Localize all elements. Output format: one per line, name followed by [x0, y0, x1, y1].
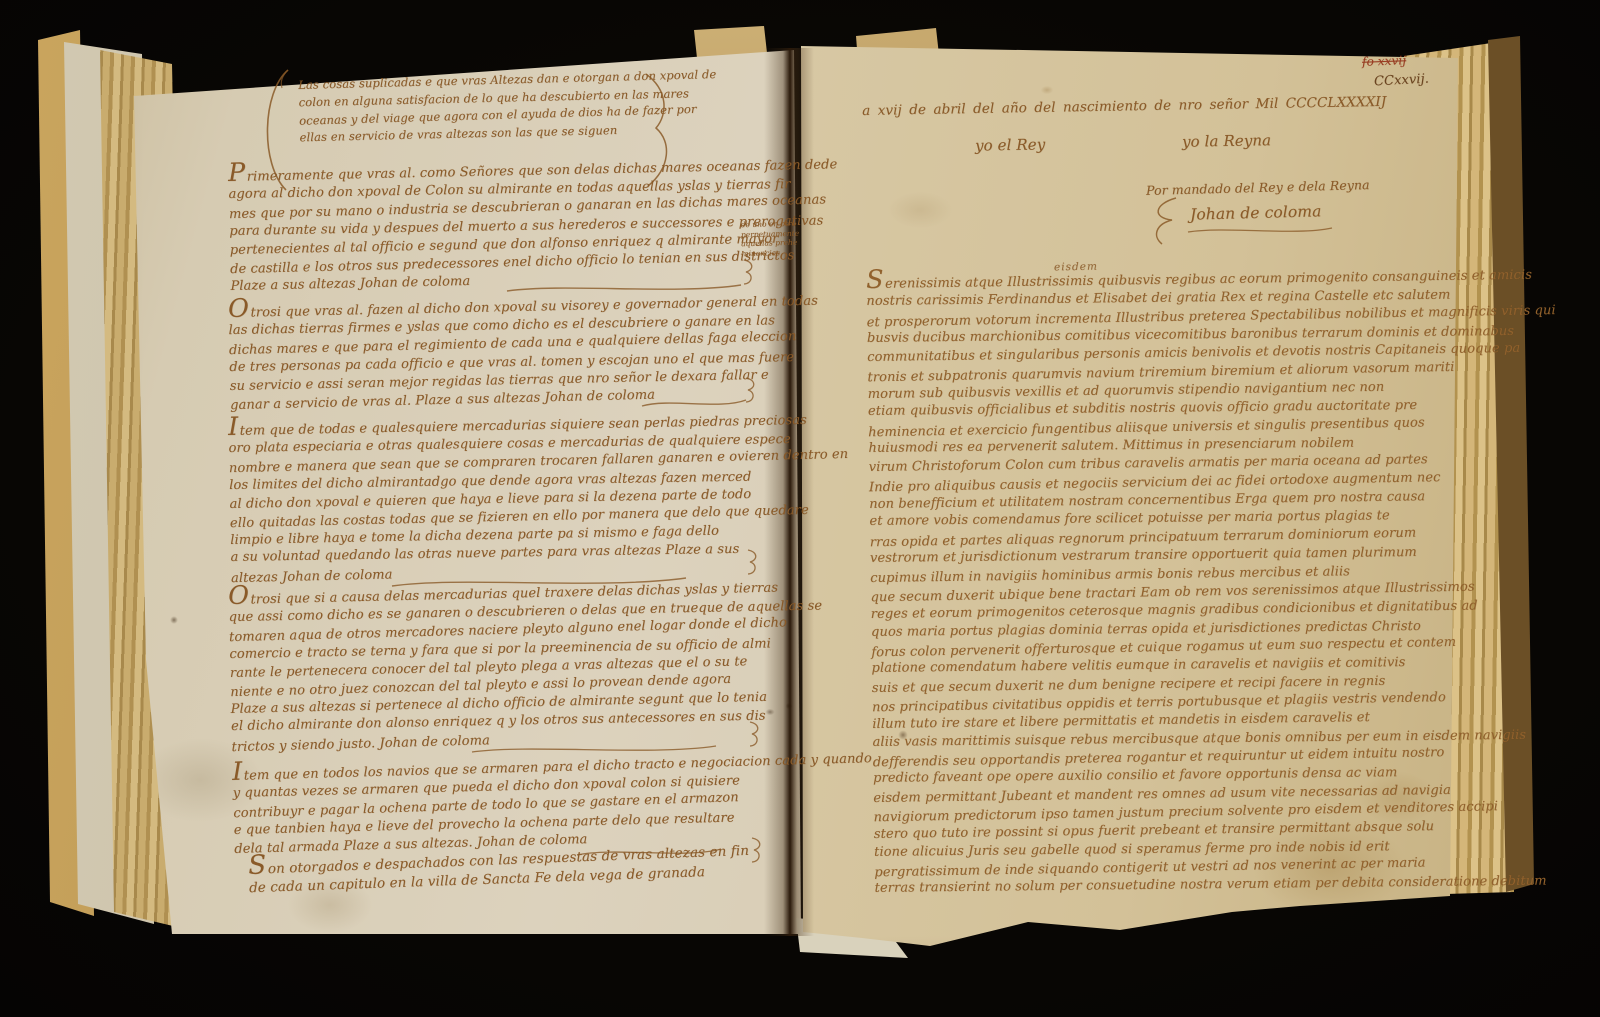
signature-swash: [470, 742, 720, 756]
signature-swash: [505, 281, 745, 295]
signature-swash: [640, 396, 750, 410]
king-signature: yo el Rey: [975, 135, 1046, 154]
date-line: a xvij de abril del año del nascimiento …: [862, 93, 1386, 120]
folio-mark-old: fo xxvij: [1362, 51, 1407, 71]
signature-swash: [390, 574, 690, 590]
secretary-signature: Johan de coloma: [1190, 202, 1322, 224]
folio-mark: CCxxvij.: [1374, 71, 1430, 92]
secretary-rubric-icon: [1146, 194, 1182, 246]
right-body-block: Serenissimis atque Illustrissimis quibus…: [866, 264, 1564, 899]
paragraph-end-curl: [744, 548, 760, 576]
paragraph-end-curl: [742, 376, 758, 404]
queen-signature: yo la Reyna: [1182, 131, 1271, 151]
manuscript-photo: { "manuscript": { "description": "Open b…: [0, 0, 1600, 1017]
signature-swash: [1186, 224, 1336, 236]
left-paragraph-4: Otrosi que si a causa delas mercadurias …: [228, 577, 825, 756]
left-paragraph-5: Item que en todos los navios que se arma…: [232, 748, 874, 859]
paragraph-end-curl: [748, 836, 764, 864]
paragraph-end-curl: [746, 720, 762, 748]
paragraph-end-curl: [740, 258, 756, 286]
margin-note: de uno en otroperpetuamenteaquellas preh…: [741, 218, 834, 258]
signature-swash: [575, 845, 725, 859]
